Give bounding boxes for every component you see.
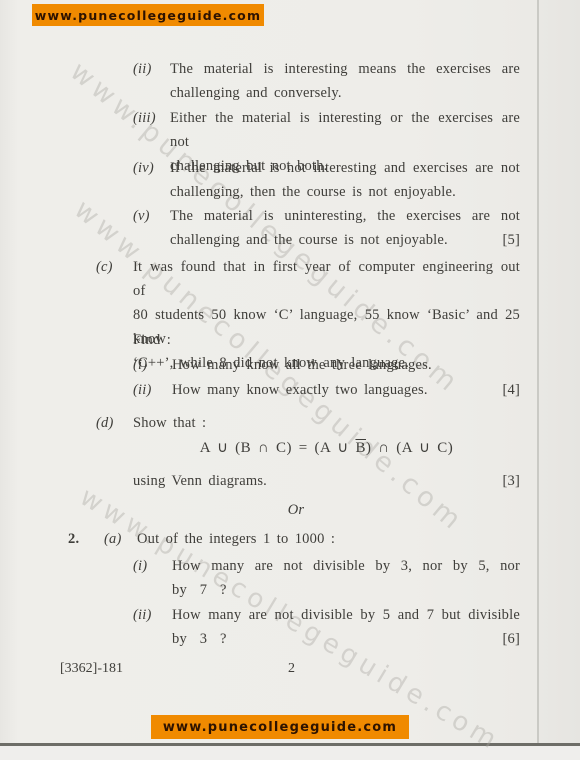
sub-question: (i) How many know all the three language… xyxy=(133,353,520,377)
site-banner-bottom: www.punecollegeguide.com xyxy=(151,715,409,739)
question-2a: 2. (a) Out of the integers 1 to 1000 : xyxy=(68,527,520,551)
sub-question: (ii) How many know exactly two languages… xyxy=(133,378,520,402)
item-line: challenging and the course is not enjoya… xyxy=(170,228,520,252)
set-identity-formula: A ∪ (B ∩ C) = (A ∪ B) ∩ (A ∪ C) xyxy=(133,436,520,460)
item-marker: (ii) xyxy=(133,378,172,402)
question-item: (ii) The material is interesting means t… xyxy=(133,57,520,105)
part-marker: (c) xyxy=(96,255,133,279)
sub-question: (ii) How many are not divisible by 5 and… xyxy=(133,603,520,651)
paper-code: [3362]-181 xyxy=(60,661,123,677)
part-line: It was found that in first year of compu… xyxy=(133,255,520,303)
marks-badge: [3] xyxy=(502,469,520,493)
item-line: challenging and conversely. xyxy=(170,81,520,105)
site-url-text: www.punecollegeguide.com xyxy=(35,8,261,23)
paper-right-edge xyxy=(537,0,539,745)
scan-background xyxy=(0,746,580,760)
sub-question: (i) How many are not divisible by 3, nor… xyxy=(133,554,520,602)
item-marker: (iii) xyxy=(133,106,170,130)
item-line: If the material is not interesting and e… xyxy=(170,156,520,180)
item-line: by 7 ? xyxy=(172,578,520,602)
find-label-text: Find : xyxy=(133,328,171,352)
item-marker: (i) xyxy=(133,554,172,578)
item-line: How many are not divisible by 5 and 7 bu… xyxy=(172,603,520,627)
item-line: How many know exactly two languages. xyxy=(172,378,520,402)
item-marker: (ii) xyxy=(133,57,170,81)
formula-prefix: A ∪ (B ∩ C) = (A ∪ xyxy=(200,440,356,456)
item-line: How many are not divisible by 3, nor by … xyxy=(172,554,520,578)
item-line: by 3 ? xyxy=(172,627,520,651)
part-d-tail: using Venn diagrams. [3] xyxy=(133,469,520,493)
or-label: Or xyxy=(106,498,486,522)
scanned-exam-page: www.punecollegeguide.com www.punecollege… xyxy=(0,0,580,760)
item-line: Either the material is interesting or th… xyxy=(170,106,520,154)
item-marker: (iv) xyxy=(133,156,170,180)
marks-badge: [5] xyxy=(502,228,520,252)
site-banner-top: www.punecollegeguide.com xyxy=(32,4,264,26)
item-line: How many know all the three languages. xyxy=(172,353,520,377)
site-url-text: www.punecollegeguide.com xyxy=(163,720,397,735)
part-label: Show that : xyxy=(133,411,520,435)
question-intro: Out of the integers 1 to 1000 : xyxy=(137,527,520,551)
marks-badge: [6] xyxy=(502,627,520,651)
item-line: challenging, then the course is not enjo… xyxy=(170,180,520,204)
question-part-d: (d) Show that : xyxy=(96,411,520,435)
question-number: 2. xyxy=(68,527,104,551)
formula-overlined-term: B xyxy=(355,440,366,456)
item-line: The material is uninteresting, the exerc… xyxy=(170,204,520,228)
marks-badge: [4] xyxy=(502,378,520,402)
scan-right-shade xyxy=(539,0,580,745)
item-marker: (i) xyxy=(133,353,172,377)
formula-suffix: ) ∩ (A ∪ C) xyxy=(366,440,453,456)
question-item: (iv) If the material is not interesting … xyxy=(133,156,520,204)
item-line: The material is interesting means the ex… xyxy=(170,57,520,81)
find-label: Find : xyxy=(133,328,520,352)
part-marker: (a) xyxy=(104,527,137,551)
page-number: 2 xyxy=(288,661,295,677)
or-separator: Or xyxy=(106,498,486,522)
item-marker: (v) xyxy=(133,204,170,228)
part-line: using Venn diagrams. xyxy=(133,469,520,493)
item-marker: (ii) xyxy=(133,603,172,627)
part-marker: (d) xyxy=(96,411,133,435)
question-item: (v) The material is uninteresting, the e… xyxy=(133,204,520,252)
